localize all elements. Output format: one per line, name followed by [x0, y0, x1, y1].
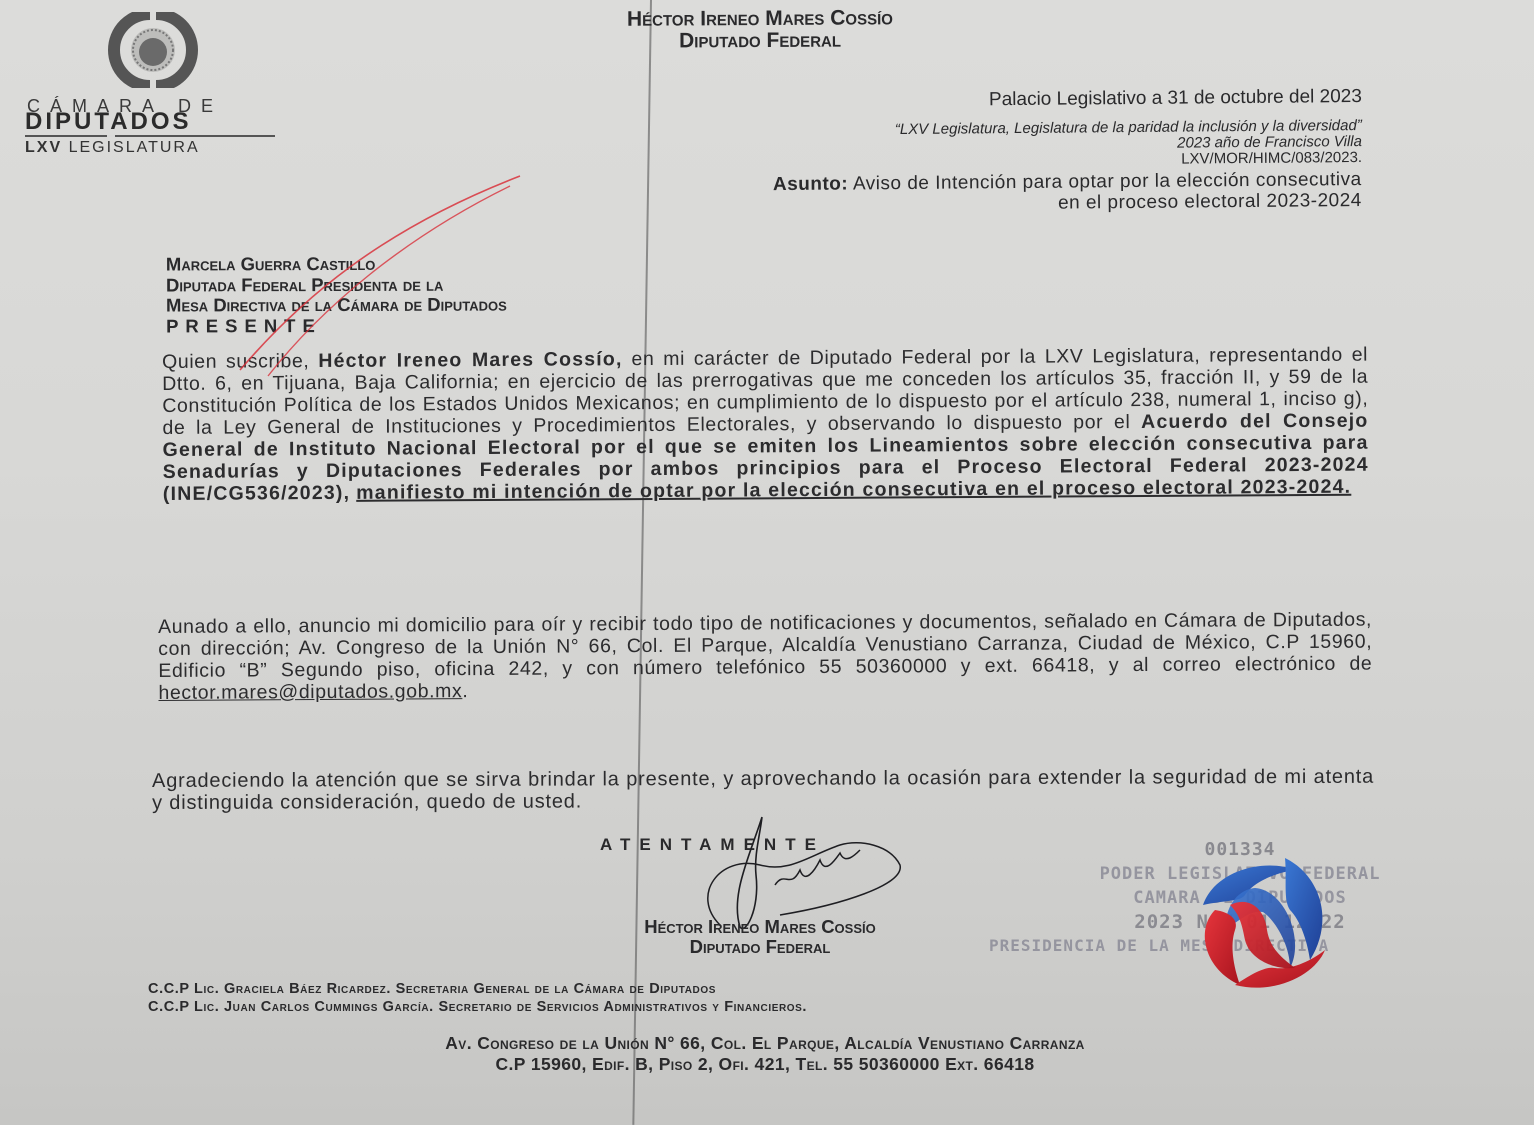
camara-logo: Cámara de DIPUTADOS LXV LEGISLATURA — [22, 6, 282, 156]
national-seal-icon — [80, 12, 226, 88]
cc-item: C.C.P Lic. Graciela Báez Ricardez. Secre… — [148, 980, 807, 998]
logo-divider — [25, 135, 275, 137]
legislature-word: LEGISLATURA — [69, 139, 200, 156]
body-paragraph-3: Agradeciendo la atención que se sirva br… — [152, 766, 1374, 814]
watermark-logo-icon — [1195, 850, 1330, 990]
sender-header-name: Héctor Ireneo Mares Cossío — [540, 7, 980, 31]
footer-address: Av. Congreso de la Unión N° 66, Col. El … — [165, 1033, 1365, 1075]
sender-header-role: Diputado Federal — [540, 29, 980, 53]
sender-header: Héctor Ireneo Mares Cossío Diputado Fede… — [540, 7, 980, 53]
subject-label: Asunto: — [773, 173, 848, 195]
signer-role: Diputado Federal — [540, 937, 980, 957]
subject-block: Asunto: Aviso de Intención para optar po… — [773, 169, 1362, 216]
logo-chamber-line2: DIPUTADOS — [25, 108, 192, 136]
date-line: Palacio Legislativo a 31 de octubre del … — [989, 86, 1362, 111]
reference-number: LXV/MOR/HIMC/083/2023. — [895, 150, 1362, 170]
legislature-number: LXV — [25, 139, 62, 156]
body-paragraph-2: Aunado a ello, anuncio mi domicilio para… — [158, 609, 1373, 704]
signer-name: Héctor Ireneo Mares Cossío — [540, 917, 980, 937]
p2-end: . — [462, 680, 468, 702]
cc-list: C.C.P Lic. Graciela Báez Ricardez. Secre… — [148, 980, 807, 1016]
footer-line2: C.P 15960, Edif. B, Piso 2, Ofi. 421, Te… — [496, 1054, 1035, 1074]
p1-intention-statement: manifiesto mi intención de optar por la … — [356, 476, 1351, 504]
p2-address-text: Aunado a ello, anuncio mi domicilio para… — [158, 609, 1372, 682]
logo-legislature: LXV LEGISLATURA — [25, 139, 200, 157]
motto-block: “LXV Legislatura, Legislatura de la pari… — [895, 118, 1362, 170]
footer-line1: Av. Congreso de la Unión N° 66, Col. El … — [445, 1033, 1085, 1053]
email-link[interactable]: hector.mares@diputados.gob.mx — [158, 680, 462, 704]
cc-item: C.C.P Lic. Juan Carlos Cummings García. … — [148, 998, 807, 1016]
red-pencil-mark — [230, 170, 530, 380]
signer-block: Héctor Ireneo Mares Cossío Diputado Fede… — [540, 917, 980, 957]
